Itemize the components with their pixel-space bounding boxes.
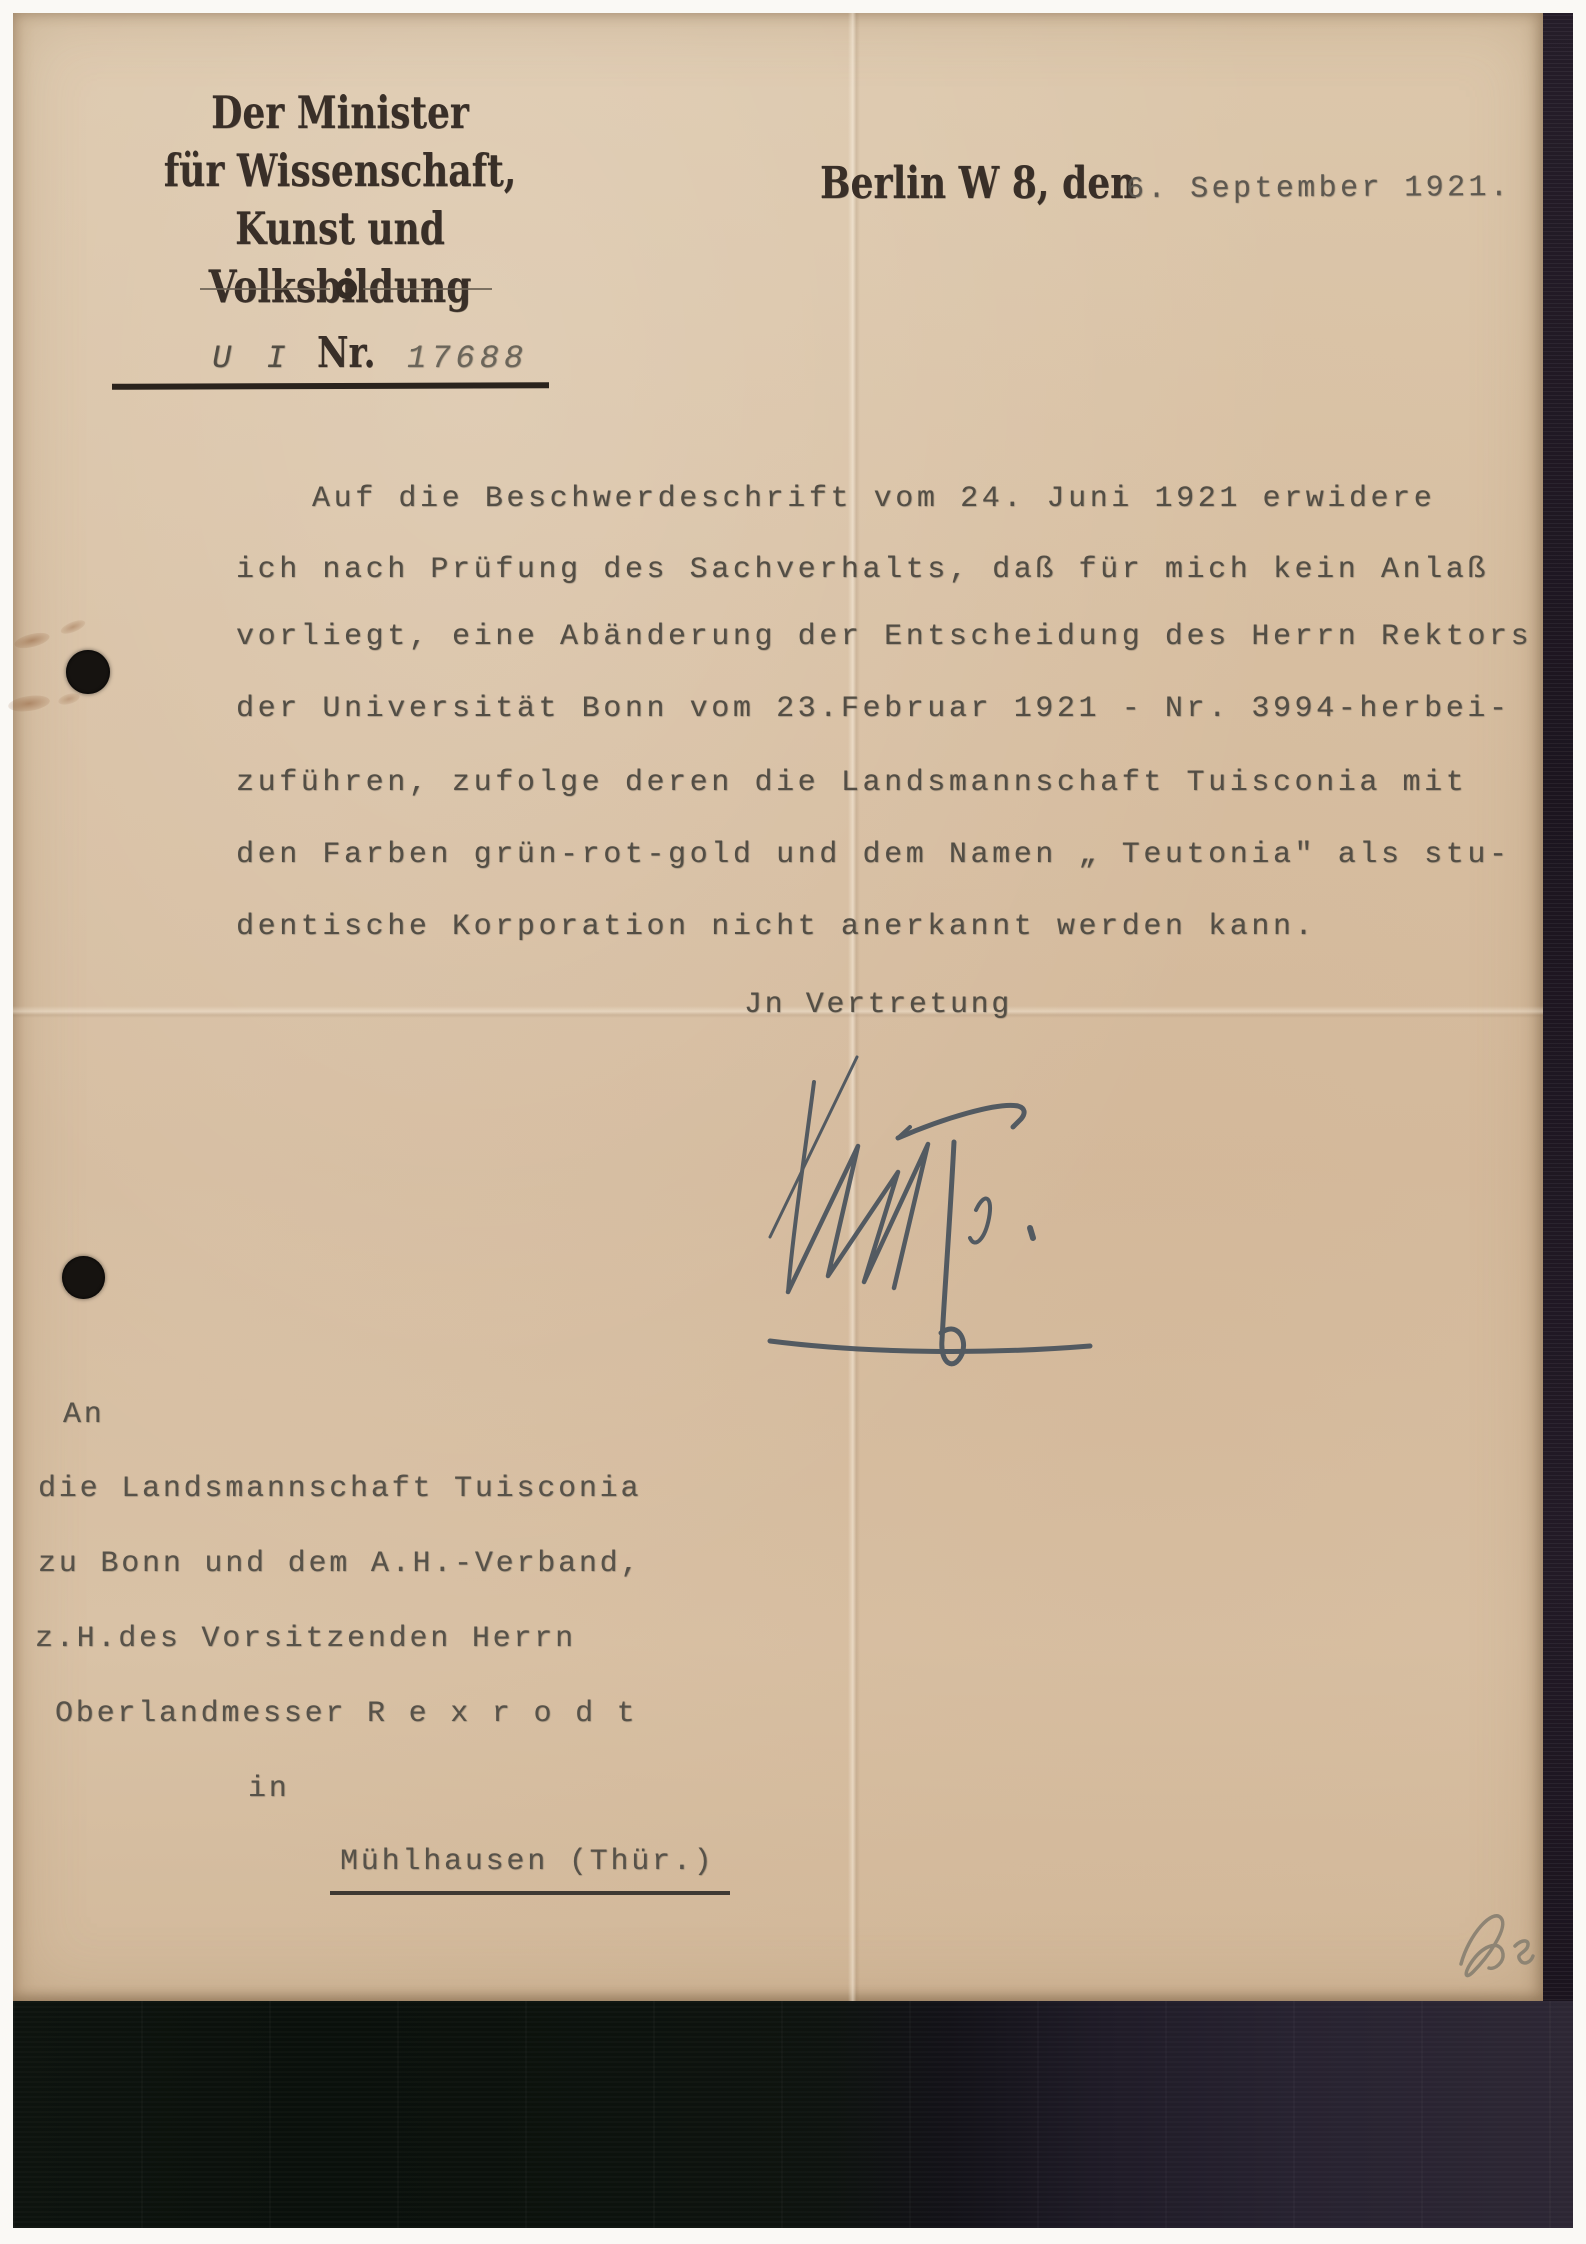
recipient-line-attention: z.H.des Vorsitzenden Herrn — [35, 1622, 576, 1656]
body-line-1: Auf die Beschwerdeschrift vom 24. Juni 1… — [312, 482, 1435, 516]
body-line-2: ich nach Prüfung des Sachverhalts, daß f… — [236, 553, 1489, 587]
punch-hole-top — [66, 650, 110, 694]
closing-prefix: Jn Vertretung — [744, 988, 1012, 1022]
body-line-6: den Farben grün-rot-gold und dem Namen „… — [236, 838, 1511, 872]
divider-circle-ornament — [336, 278, 357, 299]
reference-number: 17688 — [407, 340, 528, 377]
signature-flourish — [692, 1042, 1132, 1372]
body-line-3: vorliegt, eine Abänderung der Entscheidu… — [236, 620, 1532, 654]
body-line-7: dentische Korporation nicht anerkannt we… — [236, 910, 1316, 944]
scan-bottom-shadow — [13, 2001, 1573, 2228]
recipient-line-in: in — [248, 1772, 290, 1806]
recipient-line-place: Mühlhausen (Thür.) — [330, 1845, 730, 1895]
reference-nr-label: Nr. — [317, 328, 375, 377]
scanned-letter-page: Der Minister für Wissenschaft, Kunst und… — [0, 0, 1586, 2244]
body-line-4: der Universität Bonn vom 23.Februar 1921… — [236, 692, 1511, 726]
divider-line-right — [363, 288, 493, 290]
punch-hole-bottom — [62, 1256, 105, 1299]
body-line-5: zuführen, zufolge deren die Landsmannsch… — [236, 766, 1467, 800]
dateline-typed-date: 6. September 1921. — [1126, 171, 1511, 207]
dateline-printed-label: Berlin W 8, den — [820, 158, 1136, 209]
recipient-line-city-verband: zu Bonn und dem A.H.-Verband, — [38, 1547, 641, 1581]
letterhead-divider — [200, 278, 492, 299]
reference-prefix: U I — [212, 340, 294, 377]
recipient-line-name: Oberlandmesser R e x r o d t — [55, 1697, 637, 1731]
recipient-line-organisation: die Landsmannschaft Tuisconia — [38, 1472, 641, 1506]
letterhead-line-2: für Wissenschaft, Kunst und — [104, 142, 576, 258]
letterhead-line-1: Der Minister — [104, 84, 576, 142]
recipient-line-an: An — [63, 1398, 105, 1432]
scan-edge-strip — [1543, 13, 1573, 2228]
pencil-initial-mark — [1443, 1896, 1543, 1988]
divider-line-left — [200, 288, 330, 290]
